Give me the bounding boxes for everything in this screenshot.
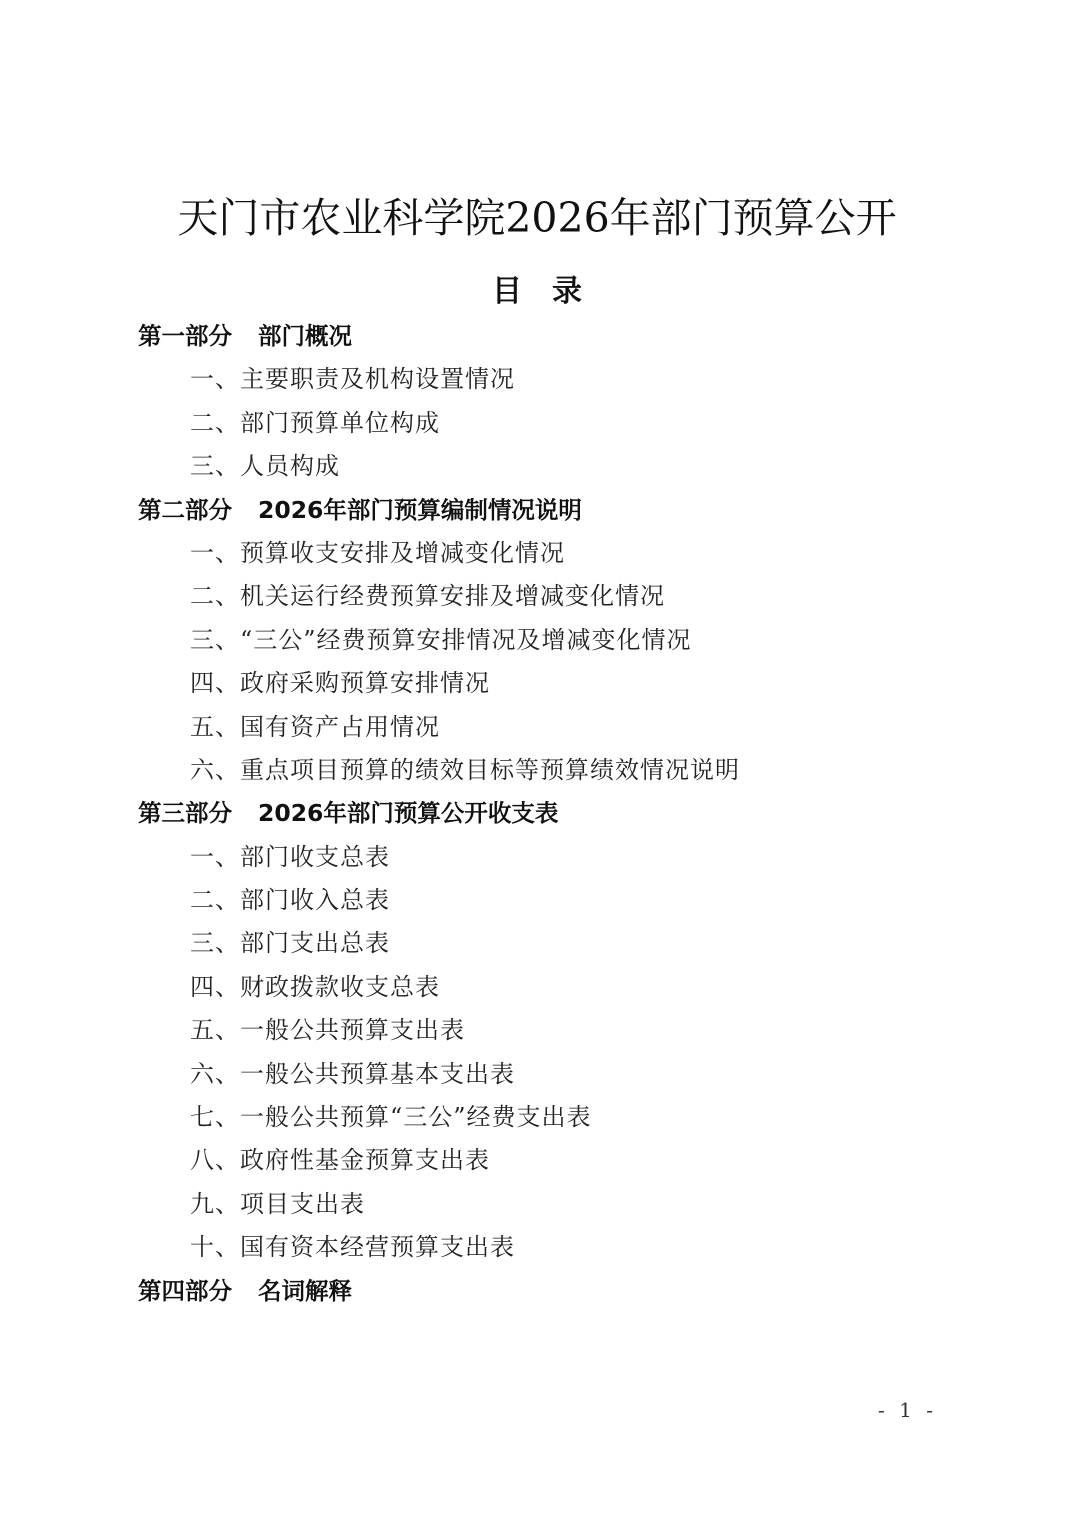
page-number: - 1 - bbox=[878, 1398, 937, 1422]
toc-item: 六、重点项目预算的绩效目标等预算绩效情况说明 bbox=[138, 749, 958, 792]
toc-item: 一、主要职责及机构设置情况 bbox=[138, 358, 958, 401]
toc-part-4: 第四部分名词解释 bbox=[138, 1270, 958, 1313]
toc-item: 四、政府采购预算安排情况 bbox=[138, 662, 958, 705]
toc-item: 二、部门收入总表 bbox=[138, 879, 958, 922]
document-title: 天门市农业科学院2026年部门预算公开 bbox=[0, 190, 1074, 246]
part-label: 第四部分 bbox=[138, 1277, 232, 1305]
part-title: 2026年部门预算编制情况说明 bbox=[258, 496, 582, 524]
toc-item: 九、项目支出表 bbox=[138, 1183, 958, 1226]
toc-item: 八、政府性基金预算支出表 bbox=[138, 1139, 958, 1182]
part-label: 第二部分 bbox=[138, 496, 232, 524]
toc-item: 一、部门收支总表 bbox=[138, 836, 958, 879]
toc-item: 七、一般公共预算“三公”经费支出表 bbox=[138, 1096, 958, 1139]
toc-part-1: 第一部分部门概况 bbox=[138, 315, 958, 358]
part-title: 名词解释 bbox=[258, 1277, 352, 1305]
toc-item: 四、财政拨款收支总表 bbox=[138, 966, 958, 1009]
toc-item: 二、部门预算单位构成 bbox=[138, 402, 958, 445]
toc-item: 三、人员构成 bbox=[138, 445, 958, 488]
toc-part-2: 第二部分2026年部门预算编制情况说明 bbox=[138, 489, 958, 532]
toc-item: 五、国有资产占用情况 bbox=[138, 706, 958, 749]
part-title: 2026年部门预算公开收支表 bbox=[258, 799, 558, 827]
toc-heading: 目录 bbox=[0, 270, 1074, 314]
toc-heading-char-2: 录 bbox=[552, 270, 582, 314]
toc-item: 六、一般公共预算基本支出表 bbox=[138, 1053, 958, 1096]
toc-item: 五、一般公共预算支出表 bbox=[138, 1009, 958, 1052]
toc-item: 二、机关运行经费预算安排及增减变化情况 bbox=[138, 575, 958, 618]
part-label: 第三部分 bbox=[138, 799, 232, 827]
toc-item: 十、国有资本经营预算支出表 bbox=[138, 1226, 958, 1269]
part-label: 第一部分 bbox=[138, 322, 232, 350]
toc-part-3: 第三部分2026年部门预算公开收支表 bbox=[138, 792, 958, 835]
toc-heading-char-1: 目 bbox=[492, 270, 522, 314]
table-of-contents: 第一部分部门概况 一、主要职责及机构设置情况 二、部门预算单位构成 三、人员构成… bbox=[138, 315, 958, 1313]
part-title: 部门概况 bbox=[258, 322, 352, 350]
toc-item: 三、部门支出总表 bbox=[138, 922, 958, 965]
toc-item: 一、预算收支安排及增减变化情况 bbox=[138, 532, 958, 575]
toc-item: 三、“三公”经费预算安排情况及增减变化情况 bbox=[138, 619, 958, 662]
